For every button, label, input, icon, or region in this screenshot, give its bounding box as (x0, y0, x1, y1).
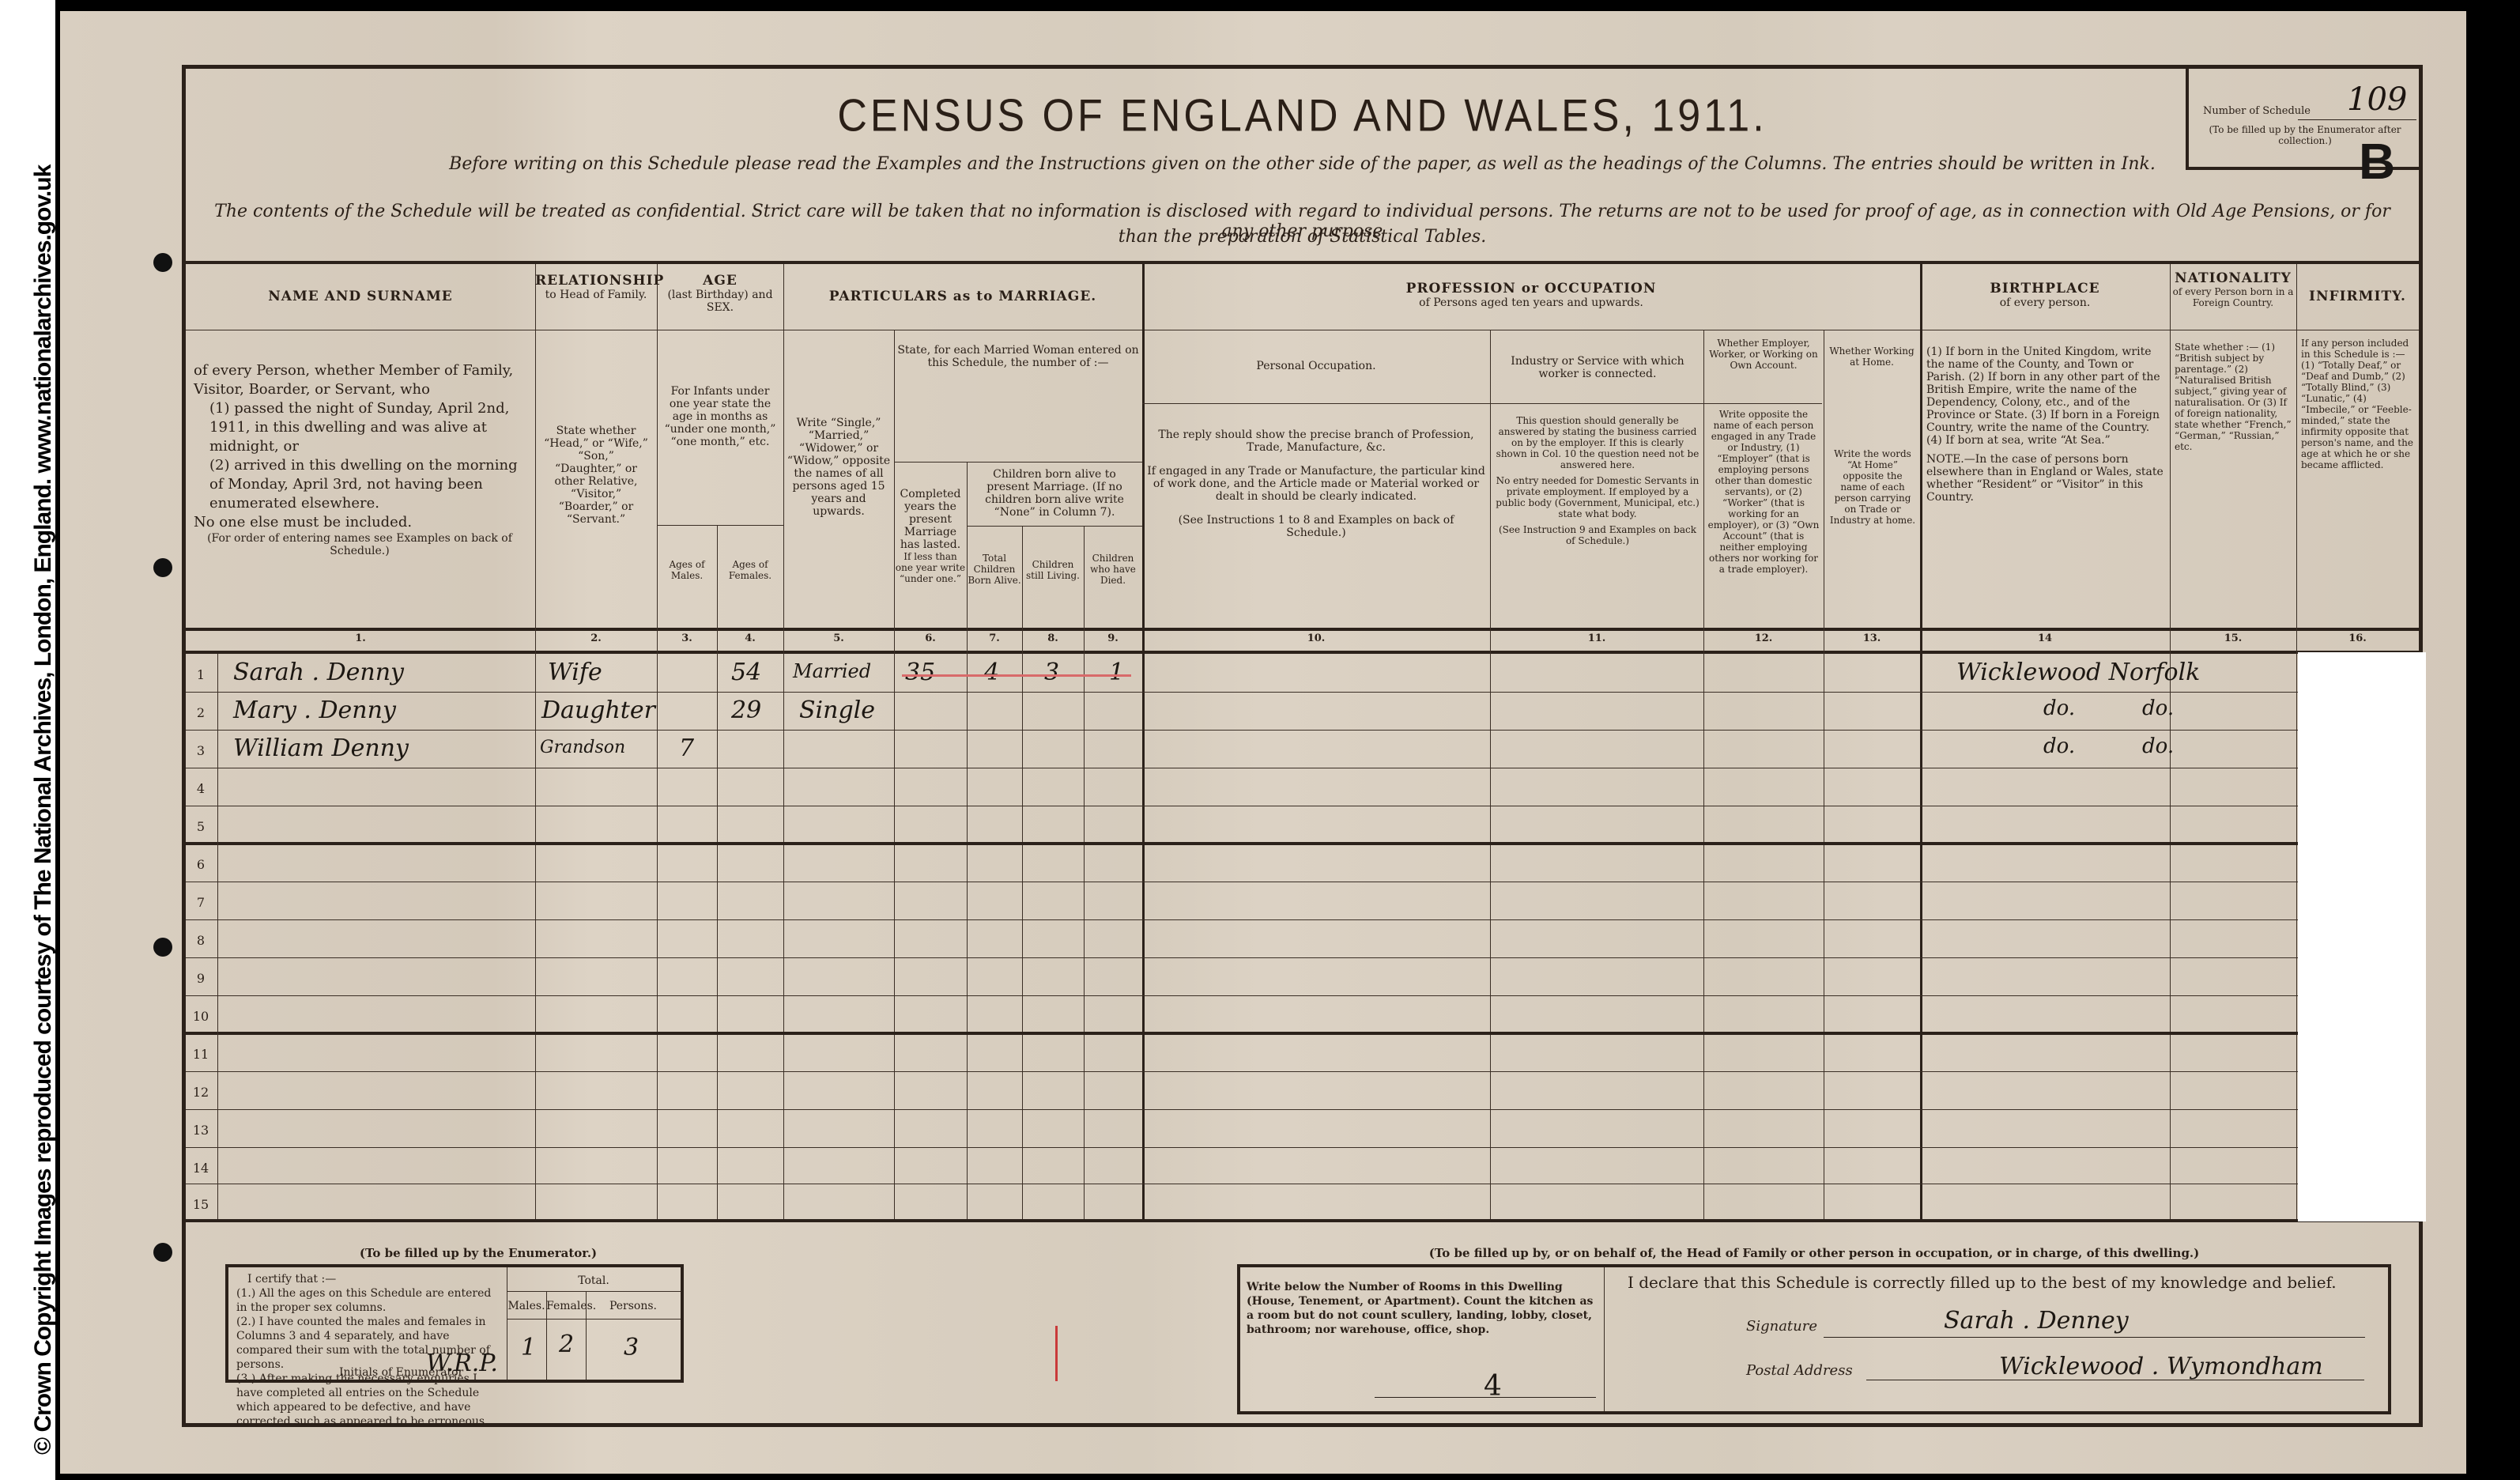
row2-name: Mary . Denny (233, 697, 396, 724)
col-number: 13. (1824, 632, 1920, 644)
col-number: 8. (1022, 632, 1084, 644)
col-header-employer: Whether Employer, Worker, or Working on … (1705, 338, 1822, 371)
col-header-males: Ages of Males. (657, 559, 717, 581)
enumerator-certificate-box: I certify that :— (1.) All the ages on t… (225, 1264, 684, 1383)
row1-living: 3 (1044, 659, 1059, 686)
row-number: 5 (192, 819, 209, 834)
row-number: 10 (192, 1009, 209, 1024)
col-header-children-died: Children who have Died. (1084, 553, 1142, 586)
row3-name: William Denny (233, 734, 409, 762)
row1-total-born: 4 (984, 659, 999, 686)
col-header-age: AGE(last Birthday) and SEX. (657, 273, 783, 314)
col-desc-relationship: State whether “Head,” or “Wife,” “Son,” … (543, 425, 649, 526)
row1-died: 1 (1109, 659, 1124, 686)
total-persons: 3 (624, 1334, 639, 1361)
schedule-number-label: Number of Schedule (2203, 105, 2311, 117)
row3-birthplace: do. (2043, 734, 2075, 758)
total-label: Total. (507, 1274, 681, 1288)
row3-birthplace-county: do. (2142, 734, 2174, 758)
col-number: 4. (717, 632, 783, 644)
row-number: 15 (192, 1197, 209, 1212)
col-header-home: Whether Working at Home. (1825, 345, 1918, 368)
instruction-text: Before writing on this Schedule please r… (186, 154, 2419, 174)
row1-relationship: Wife (548, 659, 602, 686)
row2-relationship: Daughter (541, 697, 655, 724)
col-desc-marriage: Write “Single,” “Married,” “Widower,” or… (787, 417, 891, 518)
col-number: 7. (967, 632, 1022, 644)
col-header-birthplace: BIRTHPLACEof every person. (1920, 281, 2170, 309)
row2-marriage: Single (799, 697, 875, 724)
col-header-occupation: PROFESSION or OCCUPATIONof Persons aged … (1142, 281, 1920, 309)
col-header-nationality: NATIONALITYof every Person born in a For… (2170, 270, 2296, 308)
col-desc-nationality: State whether :— (1) “British subject by… (2175, 342, 2293, 452)
form-frame: CENSUS OF ENGLAND AND WALES, 1911. Befor… (182, 65, 2423, 1427)
col-header-females: Ages of Females. (717, 559, 783, 581)
persons-label: Persons. (586, 1299, 681, 1313)
redacted-infirmity-block (2298, 652, 2426, 1221)
row-number: 13 (192, 1123, 209, 1138)
row3-age-male: 7 (679, 734, 694, 762)
col-header-name: NAME AND SURNAME (186, 289, 535, 304)
col-number: 10. (1142, 632, 1490, 644)
col-header-years-married: Completed years the present Marriage has… (894, 488, 967, 584)
col-number: 15. (2170, 632, 2296, 644)
total-males: 1 (521, 1334, 536, 1361)
col-header-personal-occupation: Personal Occupation. (1142, 360, 1490, 372)
row-number: 14 (192, 1161, 209, 1176)
col-desc-personal-occupation: The reply should show the precise branch… (1147, 429, 1485, 539)
males-label: Males. (507, 1299, 546, 1313)
col-number: 14 (1920, 632, 2170, 644)
col-number: 5. (783, 632, 894, 644)
householder-declaration-box: Write below the Number of Rooms in this … (1237, 1264, 2391, 1414)
col-number: 11. (1490, 632, 1703, 644)
col-header-marriage: PARTICULARS as to MARRIAGE. (783, 289, 1142, 304)
row1-marriage: Married (793, 660, 871, 682)
red-enumerator-mark (1055, 1326, 1058, 1381)
col-header-relationship: RELATIONSHIPto Head of Family. (535, 273, 657, 301)
col-header-infirmity: INFIRMITY. (2296, 289, 2419, 304)
row2-birthplace: do. (2043, 697, 2075, 720)
col-desc-home: Write the words “At Home” opposite the n… (1828, 448, 1917, 526)
col-desc-birthplace: (1) If born in the United Kingdom, write… (1926, 345, 2165, 504)
rooms-instruction: Write below the Number of Rooms in this … (1247, 1280, 1602, 1337)
females-label: Females. (546, 1299, 586, 1313)
page-title: CENSUS OF ENGLAND AND WALES, 1911. (186, 90, 2419, 142)
signature-label: Signature (1746, 1320, 1817, 1334)
col-header-children-living: Children still Living. (1022, 559, 1084, 581)
punch-hole (153, 558, 172, 577)
punch-hole (153, 938, 172, 957)
row1-name: Sarah . Denny (233, 659, 404, 686)
row1-age-female: 54 (731, 659, 761, 686)
postal-address-label: Postal Address (1746, 1364, 1853, 1378)
red-check-stroke (902, 674, 1131, 677)
rooms-count: 4 (1484, 1370, 1502, 1403)
col-desc-infirmity: If any person included in this Schedule … (2301, 338, 2415, 470)
punch-hole (153, 1243, 172, 1262)
row-number: 8 (192, 933, 209, 948)
col-desc-married-woman: State, for each Married Woman entered on… (897, 344, 1139, 369)
row3-relationship: Grandson (540, 738, 625, 757)
declaration-text: I declare that this Schedule is correctl… (1628, 1275, 2337, 1289)
row-number: 7 (192, 895, 209, 910)
row-number: 12 (192, 1085, 209, 1100)
col-number: 9. (1084, 632, 1142, 644)
punch-hole (153, 253, 172, 272)
row2-age-female: 29 (731, 697, 761, 724)
col-desc-employer: Write opposite the name of each person e… (1705, 409, 1822, 575)
row-number: 11 (192, 1047, 209, 1062)
enumerator-initials: W.R.P. (426, 1350, 498, 1377)
schedule-number-box: Number of Schedule 109 (To be filled up … (2186, 67, 2419, 170)
signature: Sarah . Denney (1944, 1307, 2129, 1335)
col-number: 3. (657, 632, 717, 644)
col-number: 2. (535, 632, 657, 644)
postal-address: Wicklewood . Wymondham (1999, 1353, 2323, 1380)
enumerator-heading: (To be filled up by the Enumerator.) (233, 1245, 723, 1261)
col-desc-industry: This question should generally be answer… (1495, 415, 1700, 546)
row1-years-married: 35 (905, 659, 935, 686)
row-number: 6 (192, 857, 209, 872)
row-number: 1 (192, 667, 209, 682)
row-number: 2 (192, 705, 209, 720)
row-number: 4 (192, 781, 209, 796)
col-header-industry: Industry or Service with which worker is… (1495, 355, 1700, 380)
row-number: 9 (192, 971, 209, 986)
schedule-stamp: B (2359, 132, 2395, 191)
row2-birthplace-county: do. (2142, 697, 2174, 720)
col-desc-age: For Infants under one year state the age… (660, 385, 780, 448)
col-number: 16. (2296, 632, 2419, 644)
row1-birthplace: Wicklewood Norfolk (1956, 659, 2200, 686)
total-females: 2 (559, 1331, 574, 1358)
row-number: 3 (192, 743, 209, 758)
col-desc-name: of every Person, whether Member of Famil… (194, 361, 526, 557)
col-number: 12. (1703, 632, 1824, 644)
col-number: 6. (894, 632, 967, 644)
col-header-children: Children born alive to present Marriage.… (970, 468, 1139, 519)
copyright-text: © Crown Copyright Images reproduced cour… (28, 165, 59, 1455)
col-header-total-children: Total Children Born Alive. (967, 553, 1022, 586)
copyright-strip: © Crown Copyright Images reproduced cour… (0, 0, 55, 1480)
col-number: 1. (186, 632, 535, 644)
confidential-text-2: than the preparation of Statistical Tabl… (186, 227, 2419, 247)
schedule-number: 109 (2347, 81, 2407, 118)
householder-heading: (To be filled up by, or on behalf of, th… (1245, 1245, 2383, 1261)
